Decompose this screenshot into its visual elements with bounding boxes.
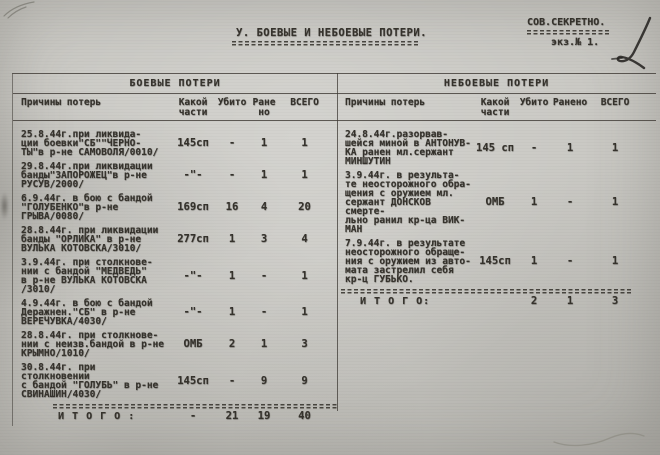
unit-cell: ОМБ (169, 340, 217, 349)
table-row: 25.8.44г.при ликвида- ции боевки"СБ""ЧЕР… (13, 130, 337, 157)
loss-cause: 28.8.44г. при столкнове- нии с неизв.бан… (13, 331, 169, 358)
noncombat-losses-table: НЕБОЕВЫЕ ПОТЕРИ Причины потерь Какой час… (337, 74, 656, 426)
killed-cell: 16 (217, 203, 247, 212)
table-row: 3.9.44г. при столкнове- нии с бандой "МЕ… (13, 258, 337, 294)
page-title: У. БОЕВЫЕ И НЕБОЕВЫЕ ПОТЕРИ. (236, 27, 427, 39)
unit-cell: 145сп (169, 139, 217, 148)
table-row: 30.8.44г. при столкновении с бандой "ГОЛ… (13, 363, 337, 399)
wounded-cell: - (549, 257, 591, 266)
handwritten-ink-flourish (606, 14, 660, 72)
column-header-wounded: Ране но (247, 98, 281, 117)
totals-label: И Т О Г О : (13, 412, 169, 421)
wounded-cell: 1 (247, 340, 281, 349)
noncombat-section-title: НЕБОЕВЫЕ ПОТЕРИ (337, 74, 656, 94)
total-cell: 1 (281, 308, 328, 317)
classification-underline (527, 30, 611, 35)
total-cell: 1 (591, 257, 639, 266)
title-underline (232, 41, 418, 46)
column-header-total: ВСЕГО (591, 98, 639, 108)
unit-cell: 145сп (169, 377, 217, 386)
column-header-killed: Убито (519, 98, 549, 108)
total-cell: 4 (281, 235, 328, 244)
dashed-separator (53, 404, 337, 409)
combat-section-title: БОЕВЫЕ ПОТЕРИ (13, 74, 337, 94)
pencil-mark-topleft (2, 0, 36, 20)
column-header-total: ВСЕГО (281, 98, 328, 108)
killed-cell: - (217, 377, 247, 386)
noncombat-column-headers: Причины потерь Какой части Убито Ранено … (337, 94, 656, 121)
unit-cell: -"- (169, 171, 217, 180)
loss-cause: 3.9.44г. при столкнове- нии с бандой "МЕ… (13, 258, 169, 294)
edge-smudge (0, 192, 9, 220)
loss-cause: 29.8.44г.при ликвидации банды"ЗАПОРОЖЕЦ"… (13, 162, 169, 189)
total-cell: 9 (281, 377, 328, 386)
column-header-wounded: Ранено (549, 98, 591, 108)
killed-cell: - (519, 144, 549, 153)
scanned-document-page: У. БОЕВЫЕ И НЕБОЕВЫЕ ПОТЕРИ. СОВ.СЕКРЕТН… (0, 0, 660, 455)
losses-tables: БОЕВЫЕ ПОТЕРИ Причины потерь Какой части… (12, 73, 656, 426)
totals-total-cell: 3 (591, 297, 639, 306)
column-header-cause: Причины потерь (13, 98, 169, 108)
table-row: 28.8.44г. при столкнове- нии с неизв.бан… (13, 331, 337, 358)
table-row: 28.8.44г. при ликвидации банды "ОРЛИКА" … (13, 226, 337, 253)
table-row: 6.9.44г. в бою с бандой "ГОЛУБЕНКО"в р-н… (13, 194, 337, 221)
loss-cause: 3.9.44г. в результа- те неосторожного об… (337, 171, 471, 234)
unit-cell: 145сп (471, 257, 519, 266)
combat-losses-table: БОЕВЫЕ ПОТЕРИ Причины потерь Какой части… (12, 74, 337, 426)
killed-cell: 1 (217, 235, 247, 244)
column-header-unit: Какой части (471, 98, 519, 117)
noncombat-rows: 24.8.44г.разорвав- шейся миной в АНТОНУВ… (337, 121, 656, 284)
total-cell: 1 (281, 139, 328, 148)
loss-cause: 25.8.44г.при ликвида- ции боевки"СБ""ЧЕР… (13, 130, 169, 157)
unit-cell: ОМБ (471, 198, 519, 207)
unit-cell: -"- (169, 308, 217, 317)
classification-stamp: СОВ.СЕКРЕТНО. (527, 17, 605, 28)
total-cell: 1 (281, 171, 328, 180)
total-cell: 1 (591, 198, 639, 207)
total-cell: 3 (281, 340, 328, 349)
copy-number: экз.№ 1. (551, 37, 599, 48)
wounded-cell: 1 (549, 144, 591, 153)
wounded-cell: 1 (247, 171, 281, 180)
totals-killed-cell: 2 (519, 297, 549, 306)
column-header-cause: Причины потерь (337, 98, 471, 108)
wounded-cell: - (247, 308, 281, 317)
pencil-curve-bottomright (552, 424, 647, 450)
loss-cause: 7.9.44г. в результате неосторожного обра… (337, 239, 471, 284)
unit-cell: 277сп (169, 235, 217, 244)
totals-killed-cell: 21 (217, 412, 247, 421)
wounded-cell: - (549, 198, 591, 207)
table-divider (337, 73, 338, 411)
total-cell: 1 (281, 272, 328, 281)
table-row: 4.9.44г. в бою с бандой Деражнен."СБ" в … (13, 299, 337, 326)
wounded-cell: - (247, 272, 281, 281)
column-header-killed: Убито (217, 98, 247, 108)
killed-cell: 1 (519, 257, 549, 266)
totals-wounded-cell: 1 (549, 297, 591, 306)
combat-rows: 25.8.44г.при ликвида- ции боевки"СБ""ЧЕР… (13, 121, 337, 399)
totals-total-cell: 40 (281, 412, 328, 421)
killed-cell: 1 (217, 272, 247, 281)
unit-cell: 145 сп (471, 144, 519, 153)
table-row: 29.8.44г.при ликвидации банды"ЗАПОРОЖЕЦ"… (13, 162, 337, 189)
totals-unit-cell: - (169, 412, 217, 421)
wounded-cell: 3 (247, 235, 281, 244)
table-row: 3.9.44г. в результа- те неосторожного об… (337, 171, 656, 234)
loss-cause: 28.8.44г. при ликвидации банды "ОРЛИКА" … (13, 226, 169, 253)
totals-wounded-cell: 19 (247, 412, 281, 421)
killed-cell: 2 (217, 340, 247, 349)
total-cell: 20 (281, 203, 328, 212)
combat-totals-row: И Т О Г О : - 21 19 40 (13, 412, 337, 421)
killed-cell: 1 (217, 308, 247, 317)
killed-cell: 1 (519, 198, 549, 207)
total-cell: 1 (591, 144, 639, 153)
killed-cell: - (217, 171, 247, 180)
loss-cause: 6.9.44г. в бою с бандой "ГОЛУБЕНКО"в р-н… (13, 194, 169, 221)
column-header-unit: Какой части (169, 98, 217, 117)
wounded-cell: 9 (247, 377, 281, 386)
noncombat-totals-row: И Т О Г О: 2 1 3 (337, 297, 656, 306)
loss-cause: 30.8.44г. при столкновении с бандой "ГОЛ… (13, 363, 169, 399)
loss-cause: 4.9.44г. в бою с бандой Деражнен."СБ" в … (13, 299, 169, 326)
combat-column-headers: Причины потерь Какой части Убито Ране но… (13, 94, 337, 121)
totals-label: И Т О Г О: (337, 297, 471, 306)
wounded-cell: 1 (247, 139, 281, 148)
unit-cell: 169сп (169, 203, 217, 212)
killed-cell: - (217, 139, 247, 148)
loss-cause: 24.8.44г.разорвав- шейся миной в АНТОНУВ… (337, 130, 471, 166)
table-row: 7.9.44г. в результате неосторожного обра… (337, 239, 656, 284)
table-row: 24.8.44г.разорвав- шейся миной в АНТОНУВ… (337, 130, 656, 166)
unit-cell: -"- (169, 272, 217, 281)
dashed-separator (341, 289, 631, 294)
wounded-cell: 4 (247, 203, 281, 212)
